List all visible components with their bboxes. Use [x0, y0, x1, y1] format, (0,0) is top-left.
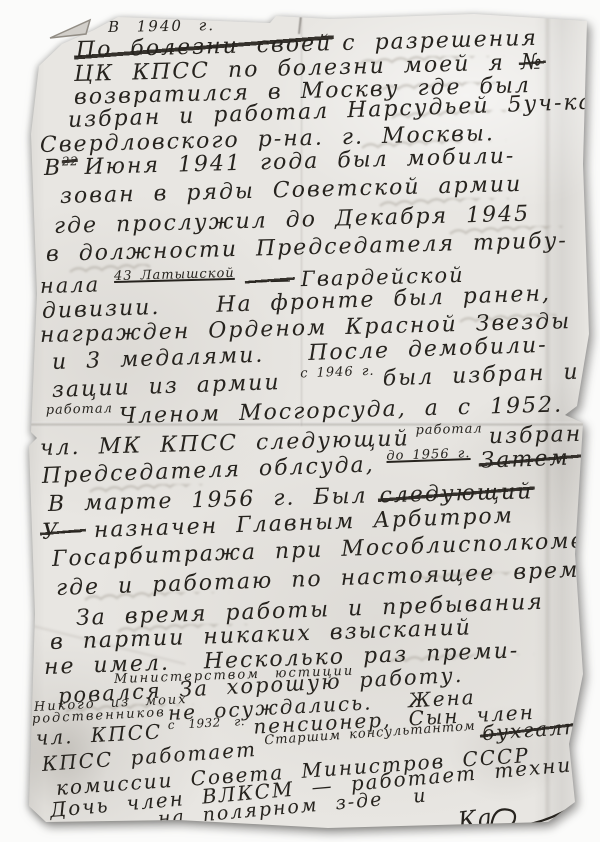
handwritten-segment-ins: работал: [45, 398, 113, 422]
handwritten-segment-sup: с 1932 г.: [167, 711, 245, 735]
handwritten-text-block: В 1940 г.По болезни своейс разрешенияЦК …: [28, 14, 590, 830]
handwritten-segment-strike: Затем в: [478, 446, 600, 472]
handwritten-segment-plain: был избран и: [382, 362, 579, 391]
handwritten-segment-plain: В 1940 г.: [108, 18, 215, 35]
handwritten-segment-plain: нала: [40, 274, 101, 297]
folded-corner-icon: [46, 16, 116, 50]
handwritten-segment-strike: бухгалт.: [479, 715, 595, 743]
handwritten-segment-sup-strike: 22: [62, 150, 79, 172]
handwritten-segment-ins: с 1946 г.: [300, 361, 375, 386]
scanned-document: В 1940 г.По болезни своейс разрешенияЦК …: [0, 0, 600, 842]
handwritten-segment-plain: и: [412, 786, 428, 806]
handwritten-segment-ins-u: до 1956 г.: [386, 443, 471, 468]
paper-shadow-wrap: В 1940 г.По болезни своейс разрешенияЦК …: [28, 14, 590, 830]
handwritten-segment-ins-u: 43 Латышской: [114, 263, 235, 287]
paper-sheet: В 1940 г.По болезни своейс разрешенияЦК …: [28, 14, 590, 830]
handwritten-segment-plain: зации из армии: [52, 372, 281, 402]
handwritten-segment-strike: ——: [245, 269, 296, 291]
handwritten-segment-plain: В: [44, 158, 63, 180]
handwritten-segment-strike: У—: [40, 520, 87, 544]
handwritten-line: В 1940 г.: [108, 18, 215, 35]
handwritten-segment-plain: дивизии.: [42, 297, 161, 323]
handwritten-segment-plain: с разрешения: [342, 28, 538, 55]
handwritten-segment-strike: №: [519, 52, 546, 75]
handwritten-segment-plain: После демобили-: [308, 335, 548, 365]
handwritten-segment-plain: и 3 медалями.: [52, 345, 265, 374]
handwritten-segment-plain: избран Зам: [489, 422, 600, 448]
handwritten-segment-ins: работал: [415, 418, 483, 442]
